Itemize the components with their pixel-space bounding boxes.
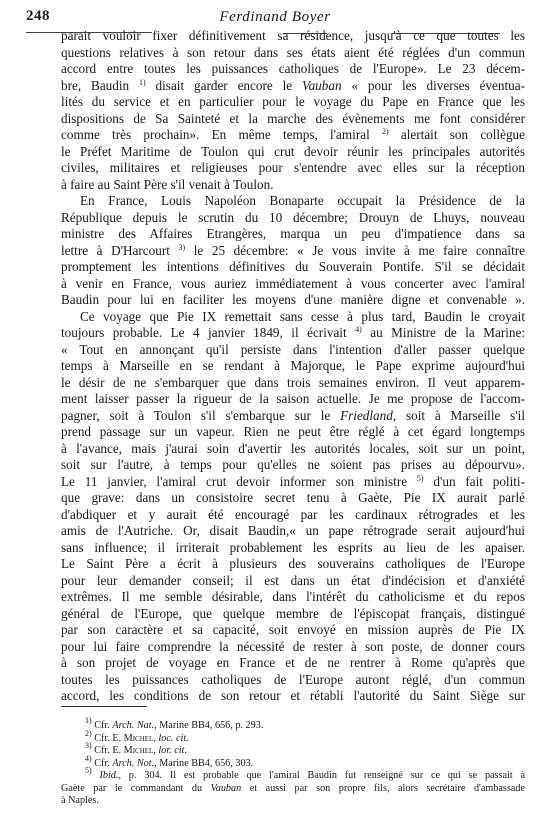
text-line: Baudin pour lui en faciliter les moyens … bbox=[61, 292, 525, 309]
footnote-ref: 5) bbox=[417, 474, 424, 483]
text-line: à faire au Saint Père s'il venait à Toul… bbox=[61, 177, 525, 194]
footnote-ref: 2) bbox=[382, 127, 389, 136]
footnote-5-continuation: Gaète par le commandant du Vauban et aus… bbox=[61, 783, 525, 796]
text-line: amis de l'Autriche. Or, disait Baudin,« … bbox=[61, 523, 525, 540]
text-line: soit sur l'autre, à temps pour qu'elles … bbox=[61, 457, 525, 474]
paragraph-start: Ce voyage que Pie IX remettait sans cess… bbox=[61, 309, 525, 326]
footnote-1: 1) Cfr. Arch. Nat., Marine BB4, 656, p. … bbox=[61, 720, 525, 733]
text-line: pagner, soit à Toulon s'il s'embarque su… bbox=[61, 408, 525, 425]
text-line: lettre à D'Harcourt 3) le 25 décembre: «… bbox=[61, 243, 525, 260]
text-line: dispositions de Sa Sainteté et la marche… bbox=[61, 111, 525, 128]
text-line: parait vouloir fixer définitivement sa r… bbox=[61, 28, 525, 45]
text-line: prend passage sur un vapeur. Rien ne peu… bbox=[61, 424, 525, 441]
paragraph-start: En France, Louis Napoléon Bonaparte occu… bbox=[61, 193, 525, 210]
text-line: à venir en France, vous auriez immédiate… bbox=[61, 276, 525, 293]
text-line: temps à Marseille en se rendant à Majorq… bbox=[61, 358, 525, 375]
footnote-2: 2) Cfr. E. Michel, loc. cit. bbox=[61, 733, 525, 746]
text-line: sans influence; il irriterait probableme… bbox=[61, 540, 525, 557]
text-line: à son projet de voyage en France et de n… bbox=[61, 655, 525, 672]
text-line: extrêmes. Il me semble désirable, dans l… bbox=[61, 589, 525, 606]
text-line: comme très prochain». En même temps, l'a… bbox=[61, 127, 525, 144]
text-line: questions relatives à son retour dans se… bbox=[61, 45, 525, 62]
text-line: le désir de ne s'embarquer que dans troi… bbox=[61, 375, 525, 392]
text-line: d'abdiquer et y aurait été encouragé par… bbox=[61, 507, 525, 524]
running-title: Ferdinand Boyer bbox=[0, 9, 550, 26]
footnote-ref: 1) bbox=[139, 78, 146, 87]
text-line: République depuis le scrutin du 10 décem… bbox=[61, 210, 525, 227]
text-line: pour leur demander conseil; il est dans … bbox=[61, 573, 525, 590]
text-line: lités du service et en particulier pour … bbox=[61, 94, 525, 111]
text-line: par son caractère et sa capacité, soit e… bbox=[61, 622, 525, 639]
text-line: promptement les intentions définitives d… bbox=[61, 259, 525, 276]
text-line: ministre des Affaires Etrangères, marqua… bbox=[61, 226, 525, 243]
text-line: Le Saint Père a écrit à plusieurs des so… bbox=[61, 556, 525, 573]
text-line: ment laisser passer la rigueur de la sai… bbox=[61, 391, 525, 408]
text-line: accord, les conditions de son retour et … bbox=[61, 688, 525, 705]
text-line: pour lui faire comprendre la nécessité d… bbox=[61, 639, 525, 656]
text-line: « Tout en annonçant qu'il persiste dans … bbox=[61, 342, 525, 359]
footnote-ref: 4) bbox=[355, 325, 362, 334]
body-text: parait vouloir fixer définitivement sa r… bbox=[61, 28, 525, 705]
text-line: le Préfet Maritime de Toulon qui crut de… bbox=[61, 144, 525, 161]
footnote-4: 4) Cfr. Arch. Not., Marine BB4, 656, 303… bbox=[61, 758, 525, 771]
text-line: accord entre toutes les puissances catho… bbox=[61, 61, 525, 78]
footnote-3: 3) Cfr. E. Michel, lor. cit. bbox=[61, 745, 525, 758]
text-line: toujours probable. Le 4 janvier 1849, il… bbox=[61, 325, 525, 342]
text-line: à l'avance, mais j'aurai soin d'avertir … bbox=[61, 441, 525, 458]
text-line: bre, Baudin 1) disait garder encore le V… bbox=[61, 78, 525, 95]
footnotes: 1) Cfr. Arch. Nat., Marine BB4, 656, p. … bbox=[61, 720, 525, 808]
footnote-5: 5) Ibid., p. 304. Il est probable que l'… bbox=[61, 770, 525, 783]
text-line: toutes les puissances catholiques de l'E… bbox=[61, 672, 525, 689]
text-line: civiles, militaires et religieuses pour … bbox=[61, 160, 525, 177]
footnote-5-continuation: à Naples. bbox=[61, 795, 525, 808]
text-line: que grave: dans un consistoire secret te… bbox=[61, 490, 525, 507]
text-line: général de l'Europe, que quelque membre … bbox=[61, 606, 525, 623]
text-line: Le 11 janvier, l'amiral crut devoir info… bbox=[61, 474, 525, 491]
footnote-rule bbox=[61, 706, 147, 707]
